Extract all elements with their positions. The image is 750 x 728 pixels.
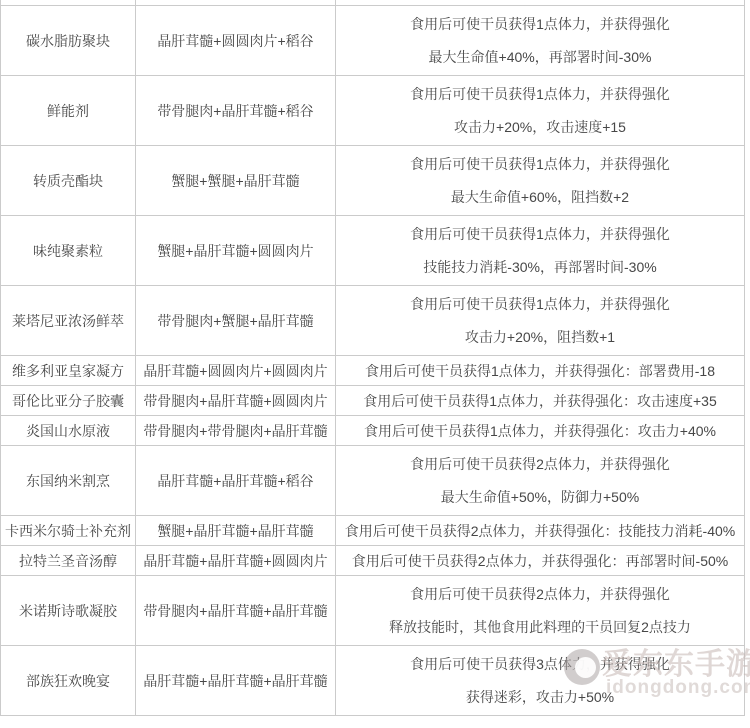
partial-cell <box>136 0 336 5</box>
table-row: 东国纳米割烹晶肝茸髓+晶肝茸髓+稻谷食用后可使干员获得2点体力，并获得强化最大生… <box>1 446 745 516</box>
dish-effect: 食用后可使干员获得2点体力，并获得强化：再部署时间-50% <box>336 546 745 575</box>
dish-name: 味纯聚素粒 <box>1 216 136 285</box>
table-row: 拉特兰圣音汤醇晶肝茸髓+晶肝茸髓+圆圆肉片食用后可使干员获得2点体力，并获得强化… <box>1 546 745 576</box>
dish-recipe: 蟹腿+晶肝茸髓+圆圆肉片 <box>136 216 336 285</box>
dish-name: 维多利亚皇家凝方 <box>1 356 136 385</box>
dish-name: 哥伦比亚分子胶囊 <box>1 386 136 415</box>
table-row: 味纯聚素粒蟹腿+晶肝茸髓+圆圆肉片食用后可使干员获得1点体力，并获得强化技能技力… <box>1 216 745 286</box>
dish-name: 东国纳米割烹 <box>1 446 136 515</box>
effect-line: 最大生命值+50%，防御力+50% <box>441 488 639 506</box>
partial-cell <box>336 0 745 5</box>
table-row: 碳水脂肪聚块晶肝茸髓+圆圆肉片+稻谷食用后可使干员获得1点体力，并获得强化最大生… <box>1 6 745 76</box>
dish-effect: 食用后可使干员获得2点体力，并获得强化释放技能时，其他食用此料理的干员回复2点技… <box>336 576 745 645</box>
effect-line: 食用后可使干员获得1点体力，并获得强化 <box>410 225 670 243</box>
dish-effect: 食用后可使干员获得1点体力，并获得强化攻击力+20%，阻挡数+1 <box>336 286 745 355</box>
dish-recipe: 晶肝茸髓+晶肝茸髓+圆圆肉片 <box>136 546 336 575</box>
effect-line: 最大生命值+60%，阻挡数+2 <box>451 188 629 206</box>
dish-recipe: 蟹腿+蟹腿+晶肝茸髓 <box>136 146 336 215</box>
table-row: 卡西米尔骑士补充剂蟹腿+晶肝茸髓+晶肝茸髓食用后可使干员获得2点体力，并获得强化… <box>1 516 745 546</box>
screen: 碳水脂肪聚块晶肝茸髓+圆圆肉片+稻谷食用后可使干员获得1点体力，并获得强化最大生… <box>0 0 750 728</box>
dish-effect: 食用后可使干员获得1点体力，并获得强化最大生命值+40%，再部署时间-30% <box>336 6 745 75</box>
effect-line: 释放技能时，其他食用此料理的干员回复2点技力 <box>389 618 691 636</box>
dish-recipe: 带骨腿肉+晶肝茸髓+圆圆肉片 <box>136 386 336 415</box>
dish-effect: 食用后可使干员获得3点体力，并获得强化获得迷彩，攻击力+50% <box>336 646 745 715</box>
recipe-table-body: 碳水脂肪聚块晶肝茸髓+圆圆肉片+稻谷食用后可使干员获得1点体力，并获得强化最大生… <box>1 6 745 716</box>
recipe-table: 碳水脂肪聚块晶肝茸髓+圆圆肉片+稻谷食用后可使干员获得1点体力，并获得强化最大生… <box>0 0 745 716</box>
dish-recipe: 带骨腿肉+蟹腿+晶肝茸髓 <box>136 286 336 355</box>
effect-line: 食用后可使干员获得2点体力，并获得强化 <box>410 585 670 603</box>
dish-effect: 食用后可使干员获得1点体力，并获得强化最大生命值+60%，阻挡数+2 <box>336 146 745 215</box>
table-row: 转质壳酯块蟹腿+蟹腿+晶肝茸髓食用后可使干员获得1点体力，并获得强化最大生命值+… <box>1 146 745 216</box>
dish-name: 炎国山水原液 <box>1 416 136 445</box>
effect-line: 食用后可使干员获得2点体力，并获得强化：再部署时间-50% <box>352 552 728 570</box>
dish-effect: 食用后可使干员获得1点体力，并获得强化技能技力消耗-30%，再部署时间-30% <box>336 216 745 285</box>
table-row: 部族狂欢晚宴晶肝茸髓+晶肝茸髓+晶肝茸髓食用后可使干员获得3点体力，并获得强化获… <box>1 646 745 716</box>
effect-line: 获得迷彩，攻击力+50% <box>466 688 614 706</box>
dish-effect: 食用后可使干员获得1点体力，并获得强化攻击力+20%，攻击速度+15 <box>336 76 745 145</box>
dish-name: 莱塔尼亚浓汤鲜萃 <box>1 286 136 355</box>
effect-line: 食用后可使干员获得2点体力，并获得强化 <box>410 455 670 473</box>
table-row: 莱塔尼亚浓汤鲜萃带骨腿肉+蟹腿+晶肝茸髓食用后可使干员获得1点体力，并获得强化攻… <box>1 286 745 356</box>
partial-cell <box>1 0 136 5</box>
dish-recipe: 晶肝茸髓+晶肝茸髓+稻谷 <box>136 446 336 515</box>
dish-recipe: 晶肝茸髓+圆圆肉片+稻谷 <box>136 6 336 75</box>
effect-line: 攻击力+20%，攻击速度+15 <box>454 118 626 136</box>
dish-recipe: 晶肝茸髓+圆圆肉片+圆圆肉片 <box>136 356 336 385</box>
dish-name: 鲜能剂 <box>1 76 136 145</box>
dish-name: 部族狂欢晚宴 <box>1 646 136 715</box>
dish-recipe: 蟹腿+晶肝茸髓+晶肝茸髓 <box>136 516 336 545</box>
dish-recipe: 带骨腿肉+晶肝茸髓+晶肝茸髓 <box>136 576 336 645</box>
dish-effect: 食用后可使干员获得1点体力，并获得强化：部署费用-18 <box>336 356 745 385</box>
dish-name: 拉特兰圣音汤醇 <box>1 546 136 575</box>
effect-line: 食用后可使干员获得3点体力，并获得强化 <box>410 655 670 673</box>
effect-line: 食用后可使干员获得1点体力，并获得强化：部署费用-18 <box>365 362 715 380</box>
table-row: 炎国山水原液带骨腿肉+带骨腿肉+晶肝茸髓食用后可使干员获得1点体力，并获得强化：… <box>1 416 745 446</box>
dish-effect: 食用后可使干员获得1点体力，并获得强化：攻击速度+35 <box>336 386 745 415</box>
effect-line: 食用后可使干员获得1点体力，并获得强化 <box>410 295 670 313</box>
table-row: 哥伦比亚分子胶囊带骨腿肉+晶肝茸髓+圆圆肉片食用后可使干员获得1点体力，并获得强… <box>1 386 745 416</box>
effect-line: 食用后可使干员获得1点体力，并获得强化：攻击速度+35 <box>363 392 717 410</box>
dish-name: 转质壳酯块 <box>1 146 136 215</box>
dish-recipe: 带骨腿肉+带骨腿肉+晶肝茸髓 <box>136 416 336 445</box>
effect-line: 食用后可使干员获得1点体力，并获得强化 <box>410 15 670 33</box>
dish-effect: 食用后可使干员获得1点体力，并获得强化：攻击力+40% <box>336 416 745 445</box>
dish-name: 米诺斯诗歌凝胶 <box>1 576 136 645</box>
dish-name: 碳水脂肪聚块 <box>1 6 136 75</box>
dish-effect: 食用后可使干员获得2点体力，并获得强化最大生命值+50%，防御力+50% <box>336 446 745 515</box>
effect-line: 食用后可使干员获得2点体力，并获得强化：技能技力消耗-40% <box>345 522 735 540</box>
effect-line: 最大生命值+40%，再部署时间-30% <box>429 48 652 66</box>
table-row: 米诺斯诗歌凝胶带骨腿肉+晶肝茸髓+晶肝茸髓食用后可使干员获得2点体力，并获得强化… <box>1 576 745 646</box>
dish-effect: 食用后可使干员获得2点体力，并获得强化：技能技力消耗-40% <box>336 516 745 545</box>
table-row: 维多利亚皇家凝方晶肝茸髓+圆圆肉片+圆圆肉片食用后可使干员获得1点体力，并获得强… <box>1 356 745 386</box>
effect-line: 食用后可使干员获得1点体力，并获得强化：攻击力+40% <box>364 422 716 440</box>
effect-line: 食用后可使干员获得1点体力，并获得强化 <box>410 155 670 173</box>
dish-name: 卡西米尔骑士补充剂 <box>1 516 136 545</box>
dish-recipe: 带骨腿肉+晶肝茸髓+稻谷 <box>136 76 336 145</box>
effect-line: 食用后可使干员获得1点体力，并获得强化 <box>410 85 670 103</box>
effect-line: 攻击力+20%，阻挡数+1 <box>465 328 615 346</box>
table-row: 鲜能剂带骨腿肉+晶肝茸髓+稻谷食用后可使干员获得1点体力，并获得强化攻击力+20… <box>1 76 745 146</box>
effect-line: 技能技力消耗-30%，再部署时间-30% <box>423 258 656 276</box>
dish-recipe: 晶肝茸髓+晶肝茸髓+晶肝茸髓 <box>136 646 336 715</box>
